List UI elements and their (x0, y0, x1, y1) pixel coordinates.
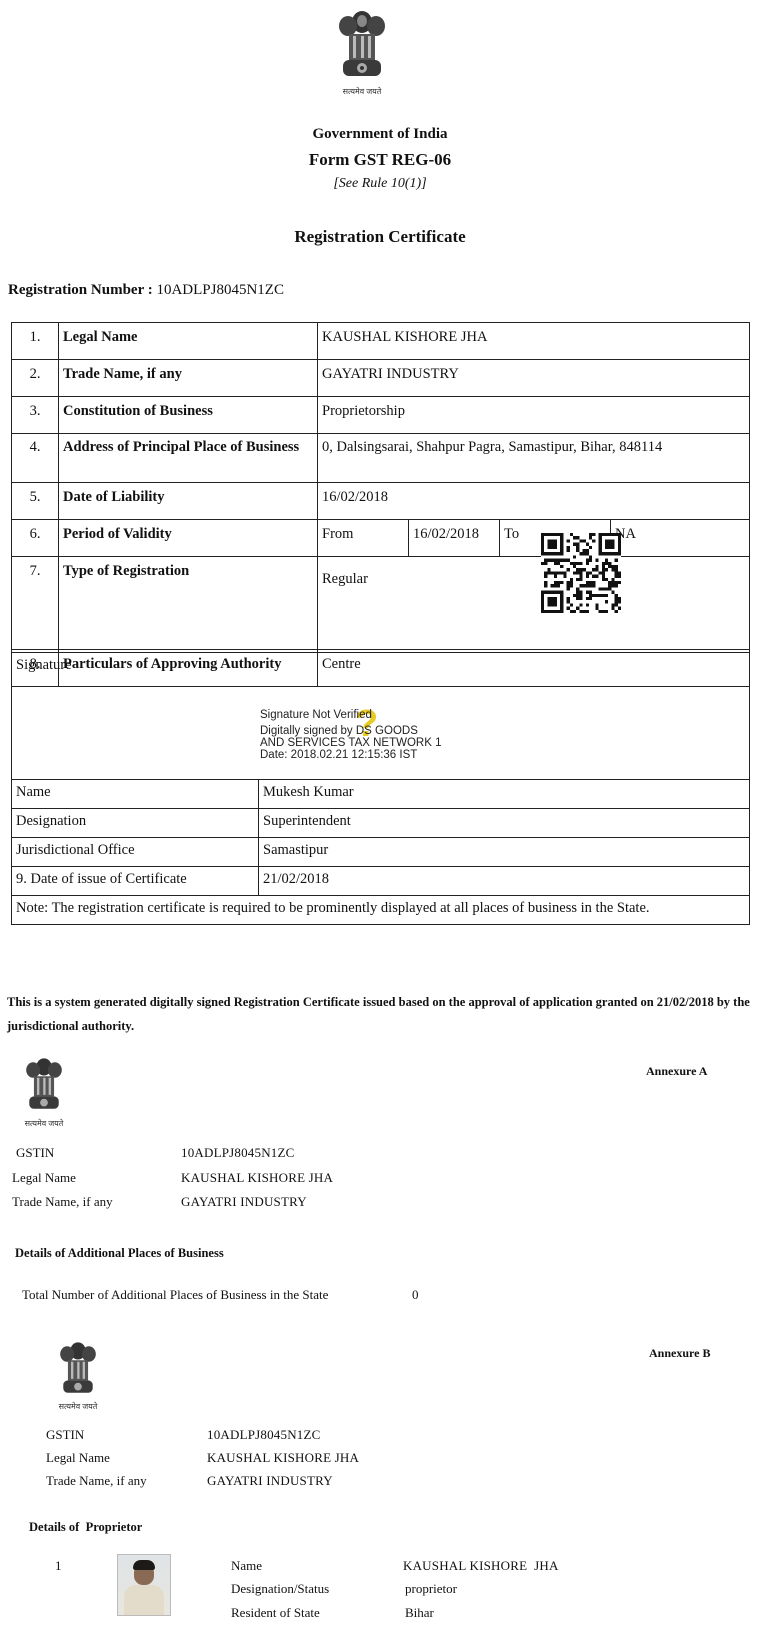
annex-a-legal-name-value: KAUSHAL KISHORE JHA (181, 1170, 333, 1186)
row-number: 5. (12, 483, 59, 520)
registration-type-label: Type of Registration (59, 557, 318, 650)
national-emblem-icon (53, 1337, 103, 1399)
signature-label: Signature (16, 657, 72, 673)
liability-date-label: Date of Liability (59, 483, 318, 520)
emblem-motto: सत्यमेव जयते (48, 1401, 108, 1412)
display-note: Note: The registration certificate is re… (12, 896, 750, 925)
table-row: 4. Address of Principal Place of Busines… (12, 434, 750, 483)
annex-b-legal-name-value: KAUSHAL KISHORE JHA (207, 1450, 359, 1466)
annex-b-gstin-value: 10ADLPJ8045N1ZC (207, 1427, 321, 1443)
designation-label: Designation (12, 809, 259, 838)
certificate-title: Registration Certificate (0, 227, 760, 247)
validity-from-value: 16/02/2018 (409, 520, 500, 557)
proprietor-resident-value: Bihar (405, 1605, 434, 1621)
address-value: 0, Dalsingsarai, Shahpur Pagra, Samastip… (318, 434, 750, 483)
annex-b-trade-name-value: GAYATRI INDUSTRY (207, 1473, 333, 1489)
proprietor-heading: Details of Proprietor (29, 1520, 142, 1535)
qr-code-icon (541, 533, 621, 613)
officer-name-value: Mukesh Kumar (259, 780, 750, 809)
government-heading: Government of India (0, 126, 760, 143)
address-label: Address of Principal Place of Business (59, 434, 318, 483)
proprietor-name-value: KAUSHAL KISHORE JHA (403, 1558, 559, 1574)
row-number: 6. (12, 520, 59, 557)
proprietor-designation-label: Designation/Status (231, 1581, 329, 1597)
validity-from-label: From (318, 520, 409, 557)
national-emblem-icon (19, 1053, 69, 1115)
digital-signature-block: Signature Not Verified Digitally signed … (260, 709, 441, 761)
registration-details-table: 1. Legal Name KAUSHAL KISHORE JHA 2. Tra… (11, 322, 750, 687)
annexure-b-title: Annexure B (649, 1346, 710, 1361)
rule-reference: [See Rule 10(1)] (0, 176, 760, 192)
constitution-label: Constitution of Business (59, 397, 318, 434)
liability-date-value: 16/02/2018 (318, 483, 750, 520)
proprietor-photo (117, 1554, 171, 1616)
signature-cell: Signature ? Signature Not Verified Digit… (12, 653, 750, 780)
proprietor-resident-label: Resident of State (231, 1605, 320, 1621)
emblem-motto: सत्यमेव जयते (322, 86, 402, 97)
table-row: 2. Trade Name, if any GAYATRI INDUSTRY (12, 360, 750, 397)
table-row: 6. Period of Validity From 16/02/2018 To… (12, 520, 750, 557)
issue-date-value: 21/02/2018 (259, 867, 750, 896)
emblem-motto: सत्यमेव जयते (14, 1118, 74, 1129)
row-number: 1. (12, 323, 59, 360)
jurisdictional-office-label: Jurisdictional Office (12, 838, 259, 867)
signed-by-line-2: AND SERVICES TAX NETWORK 1 (260, 737, 441, 749)
signature-table: Signature ? Signature Not Verified Digit… (11, 652, 750, 925)
legal-name-value: KAUSHAL KISHORE JHA (318, 323, 750, 360)
designation-value: Superintendent (259, 809, 750, 838)
annex-a-legal-name-label: Legal Name (12, 1170, 76, 1186)
national-emblem-icon (335, 4, 389, 84)
annexure-a-title: Annexure A (646, 1064, 707, 1079)
signature-status: Signature Not Verified (260, 709, 441, 721)
table-row: Jurisdictional Office Samastipur (12, 838, 750, 867)
annex-a-gstin-label: GSTIN (16, 1145, 54, 1161)
proprietor-designation-value: proprietor (405, 1581, 457, 1597)
table-row: 7. Type of Registration Regular (12, 557, 750, 650)
table-row: 1. Legal Name KAUSHAL KISHORE JHA (12, 323, 750, 360)
row-number: 2. (12, 360, 59, 397)
registration-number: Registration Number : 10ADLPJ8045N1ZC (8, 282, 284, 299)
annex-b-legal-name-label: Legal Name (46, 1450, 110, 1466)
issue-date-label: 9. Date of issue of Certificate (12, 867, 259, 896)
annex-a-trade-name-value: GAYATRI INDUSTRY (181, 1194, 307, 1210)
annex-b-trade-name-label: Trade Name, if any (46, 1473, 147, 1489)
jurisdictional-office-value: Samastipur (259, 838, 750, 867)
annex-a-trade-name-label: Trade Name, if any (12, 1194, 113, 1210)
proprietor-name-label: Name (231, 1558, 262, 1574)
table-row: 5. Date of Liability 16/02/2018 (12, 483, 750, 520)
registration-type-value: Regular (322, 571, 745, 588)
annex-a-gstin-value: 10ADLPJ8045N1ZC (181, 1145, 295, 1161)
table-row: Name Mukesh Kumar (12, 780, 750, 809)
table-row: Designation Superintendent (12, 809, 750, 838)
row-number: 4. (12, 434, 59, 483)
registration-number-label: Registration Number : (8, 282, 153, 298)
row-number: 7. (12, 557, 59, 650)
proprietor-index: 1 (55, 1558, 62, 1574)
table-row: 3. Constitution of Business Proprietorsh… (12, 397, 750, 434)
form-title: Form GST REG-06 (0, 150, 760, 170)
annex-b-gstin-label: GSTIN (46, 1427, 84, 1443)
trade-name-label: Trade Name, if any (59, 360, 318, 397)
additional-places-heading: Details of Additional Places of Business (15, 1246, 224, 1261)
additional-places-total-label: Total Number of Additional Places of Bus… (22, 1287, 328, 1303)
trade-name-value: GAYATRI INDUSTRY (318, 360, 750, 397)
legal-name-label: Legal Name (59, 323, 318, 360)
signature-row: Signature ? Signature Not Verified Digit… (12, 653, 750, 780)
signature-date: Date: 2018.02.21 12:15:36 IST (260, 749, 441, 761)
validity-label: Period of Validity (59, 520, 318, 557)
row-number: 3. (12, 397, 59, 434)
validity-to-value: NA (611, 520, 750, 557)
constitution-value: Proprietorship (318, 397, 750, 434)
additional-places-total-value: 0 (412, 1287, 419, 1303)
officer-name-label: Name (12, 780, 259, 809)
registration-number-value: 10ADLPJ8045N1ZC (156, 282, 284, 298)
table-row: 9. Date of issue of Certificate 21/02/20… (12, 867, 750, 896)
signed-by-line-1: Digitally signed by DS GOODS (260, 725, 441, 737)
registration-type-cell: Regular (318, 557, 750, 650)
note-row: Note: The registration certificate is re… (12, 896, 750, 925)
system-generated-footnote: This is a system generated digitally sig… (7, 990, 757, 1038)
